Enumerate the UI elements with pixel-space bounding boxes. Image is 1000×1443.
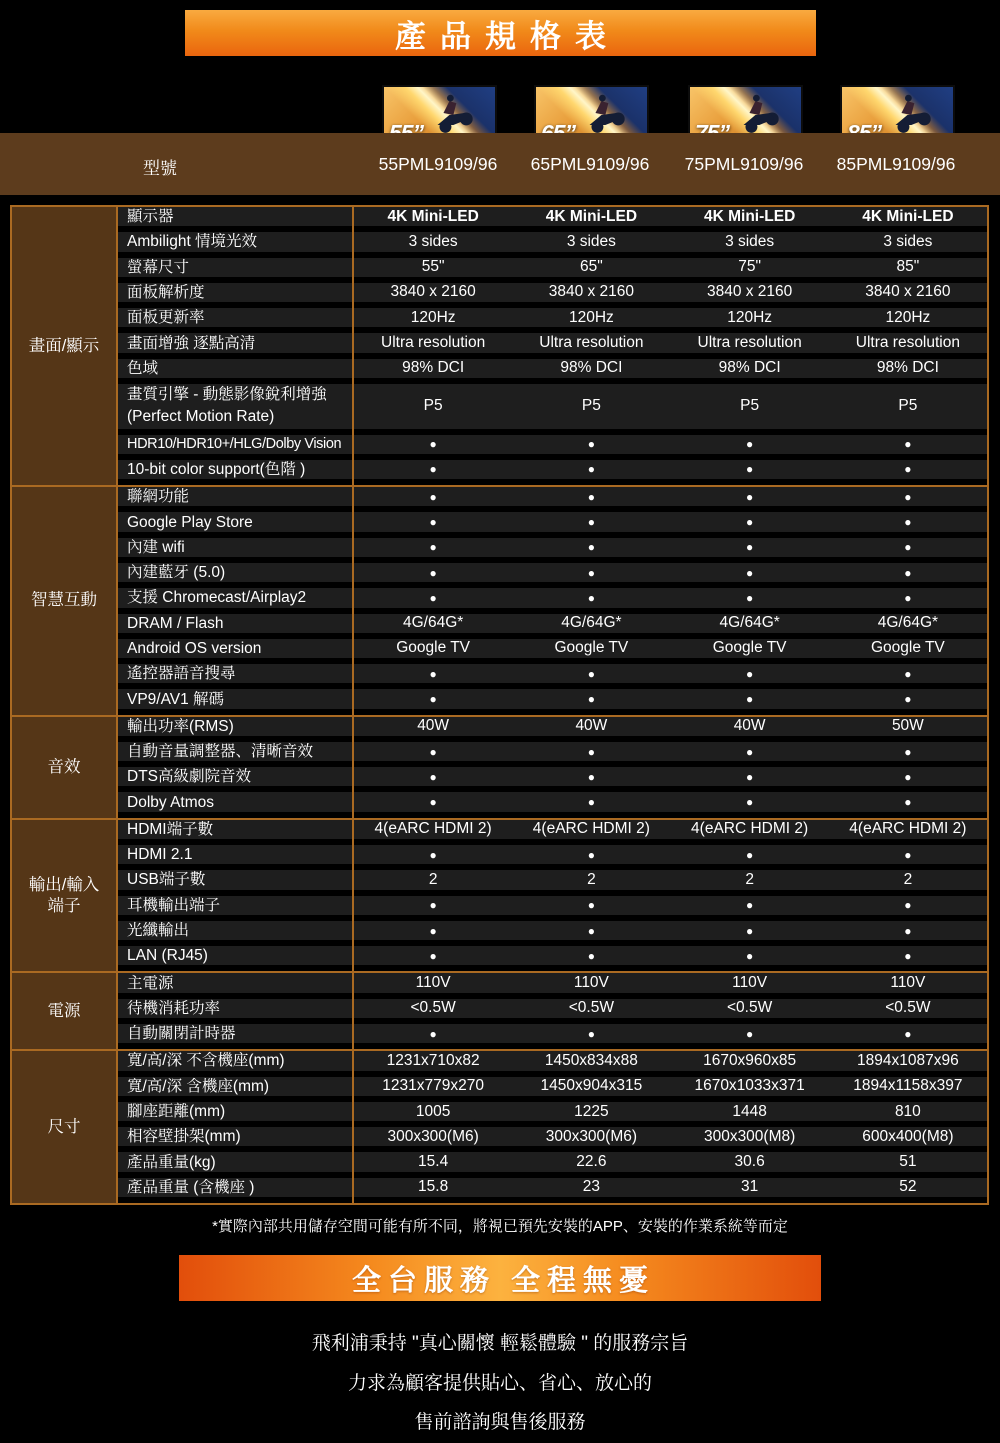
service-banner: 全台服務 全程無憂 xyxy=(179,1255,821,1301)
spec-value: 40W xyxy=(354,717,512,742)
spec-value: 40W xyxy=(512,717,670,742)
spec-value: 40W xyxy=(671,717,829,742)
spec-label: 相容壁掛架(mm) xyxy=(118,1127,354,1152)
spec-row: Android OS versionGoogle TVGoogle TVGoog… xyxy=(118,639,987,664)
spec-label: 寬/高/深 不含機座(mm) xyxy=(118,1051,354,1076)
spec-value: 4K Mini-LED xyxy=(512,207,670,232)
spec-value: 50W xyxy=(829,717,987,742)
spec-row: DRAM / Flash4G/64G*4G/64G*4G/64G*4G/64G* xyxy=(118,614,987,639)
spec-value: 98% DCI xyxy=(354,359,512,384)
feature-dot: ● xyxy=(671,588,829,613)
spec-value: 300x300(M6) xyxy=(512,1127,670,1152)
title-banner: 產品規格表 xyxy=(185,10,816,56)
feature-dot: ● xyxy=(671,435,829,460)
spec-value: 3 sides xyxy=(354,232,512,257)
feature-dot: ● xyxy=(829,1024,987,1049)
spec-row: HDMI 2.1●●●● xyxy=(118,845,987,870)
spec-label: 自動音量調整器、清晰音效 xyxy=(118,742,354,767)
feature-dot: ● xyxy=(512,664,670,689)
spec-row: 光纖輸出●●●● xyxy=(118,921,987,946)
service-banner-text: 全台服務 全程無憂 xyxy=(345,1258,655,1299)
feature-dot: ● xyxy=(354,921,512,946)
spec-section-3: 輸出/輸入端子HDMI端子數4(eARC HDMI 2)4(eARC HDMI … xyxy=(12,818,987,972)
feature-dot: ● xyxy=(512,538,670,563)
spec-row: 畫面增強 逐點高清Ultra resolutionUltra resolutio… xyxy=(118,333,987,358)
spec-value: P5 xyxy=(671,384,829,435)
spec-value: Ultra resolution xyxy=(512,333,670,358)
feature-dot: ● xyxy=(829,792,987,817)
spec-label: 輸出功率(RMS) xyxy=(118,717,354,742)
spec-value: 3840 x 2160 xyxy=(354,283,512,308)
spec-row: 自動音量調整器、清晰音效●●●● xyxy=(118,742,987,767)
spec-label: 主電源 xyxy=(118,973,354,998)
spec-value: Ultra resolution xyxy=(354,333,512,358)
feature-dot: ● xyxy=(354,512,512,537)
spec-value: 2 xyxy=(671,870,829,895)
spec-label: 支援 Chromecast/Airplay2 xyxy=(118,588,354,613)
feature-dot: ● xyxy=(354,538,512,563)
spec-table: 畫面/顯示顯示器4K Mini-LED4K Mini-LED4K Mini-LE… xyxy=(10,205,989,1205)
category-label: 智慧互動 xyxy=(31,590,97,611)
category-label: 輸出/輸入 xyxy=(29,875,100,896)
spec-value: 120Hz xyxy=(354,308,512,333)
feature-dot: ● xyxy=(512,896,670,921)
spec-row: 內建 wifi●●●● xyxy=(118,538,987,563)
spec-value: 3840 x 2160 xyxy=(829,283,987,308)
spec-label: 聯網功能 xyxy=(118,487,354,512)
spec-label: 色域 xyxy=(118,359,354,384)
feature-dot: ● xyxy=(671,921,829,946)
model-number-65: 65PML9109/96 xyxy=(510,154,670,175)
feature-dot: ● xyxy=(354,487,512,512)
feature-dot: ● xyxy=(354,792,512,817)
feature-dot: ● xyxy=(354,588,512,613)
feature-dot: ● xyxy=(512,742,670,767)
feature-dot: ● xyxy=(671,767,829,792)
feature-dot: ● xyxy=(829,767,987,792)
spec-row: Google Play Store●●●● xyxy=(118,512,987,537)
spec-label: 面板解析度 xyxy=(118,283,354,308)
spec-value: 15.4 xyxy=(354,1152,512,1177)
model-row-band: 型號 55PML9109/96 65PML9109/96 75PML9109/9… xyxy=(0,133,1000,195)
spec-label: 螢幕尺寸 xyxy=(118,258,354,283)
feature-dot: ● xyxy=(512,946,670,971)
spec-row: HDR10/HDR10+/HLG/Dolby Vision●●●● xyxy=(118,435,987,460)
spec-value: 110V xyxy=(671,973,829,998)
service-line-3: 售前諮詢與售後服務 xyxy=(0,1407,1000,1434)
spec-value: 30.6 xyxy=(671,1152,829,1177)
spec-value: 3 sides xyxy=(829,232,987,257)
spec-section-5: 尺寸寬/高/深 不含機座(mm)1231x710x821450x834x8816… xyxy=(12,1049,987,1203)
spec-label: 待機消耗功率 xyxy=(118,999,354,1024)
spec-section-1: 智慧互動聯網功能●●●●Google Play Store●●●●內建 wifi… xyxy=(12,485,987,715)
feature-dot: ● xyxy=(512,588,670,613)
category-cell: 智慧互動 xyxy=(12,487,118,715)
spec-value: 120Hz xyxy=(671,308,829,333)
spec-row: 相容壁掛架(mm)300x300(M6)300x300(M6)300x300(M… xyxy=(118,1127,987,1152)
spec-row: 畫質引擎 - 動態影像銳利增強(Perfect Motion Rate)P5P5… xyxy=(118,384,987,435)
feature-dot: ● xyxy=(512,845,670,870)
spec-row: Dolby Atmos●●●● xyxy=(118,792,987,817)
spec-value: 110V xyxy=(829,973,987,998)
page-title: 產品規格表 xyxy=(381,11,620,56)
spec-label: 產品重量 (含機座 ) xyxy=(118,1178,354,1203)
spec-row: 自動關閉計時器●●●● xyxy=(118,1024,987,1049)
spec-value: 85" xyxy=(829,258,987,283)
feature-dot: ● xyxy=(829,512,987,537)
feature-dot: ● xyxy=(829,896,987,921)
feature-dot: ● xyxy=(829,664,987,689)
feature-dot: ● xyxy=(829,435,987,460)
spec-value: 2 xyxy=(829,870,987,895)
spec-value: 4K Mini-LED xyxy=(354,207,512,232)
category-label: 電源 xyxy=(48,1001,81,1022)
feature-dot: ● xyxy=(829,946,987,971)
spec-value: 1005 xyxy=(354,1102,512,1127)
category-cell: 音效 xyxy=(12,717,118,818)
spec-value: <0.5W xyxy=(671,999,829,1024)
feature-dot: ● xyxy=(512,792,670,817)
feature-dot: ● xyxy=(354,1024,512,1049)
spec-row: 顯示器4K Mini-LED4K Mini-LED4K Mini-LED4K M… xyxy=(118,207,987,232)
spec-label: 10-bit color support(色階 ) xyxy=(118,460,354,485)
spec-value: 31 xyxy=(671,1178,829,1203)
spec-row: USB端子數2222 xyxy=(118,870,987,895)
spec-value: 4(eARC HDMI 2) xyxy=(512,820,670,845)
feature-dot: ● xyxy=(829,460,987,485)
spec-value: 1670x1033x371 xyxy=(671,1077,829,1102)
spec-value: 4G/64G* xyxy=(512,614,670,639)
feature-dot: ● xyxy=(512,435,670,460)
spec-label: HDMI端子數 xyxy=(118,820,354,845)
spec-row: 支援 Chromecast/Airplay2●●●● xyxy=(118,588,987,613)
feature-dot: ● xyxy=(512,512,670,537)
spec-label: 內建 wifi xyxy=(118,538,354,563)
spec-value: Google TV xyxy=(829,639,987,664)
spec-value: 22.6 xyxy=(512,1152,670,1177)
spec-value: 2 xyxy=(512,870,670,895)
spec-row: 寬/高/深 不含機座(mm)1231x710x821450x834x881670… xyxy=(118,1051,987,1076)
feature-dot: ● xyxy=(512,460,670,485)
spec-value: 1894x1158x397 xyxy=(829,1077,987,1102)
spec-row: 螢幕尺寸55"65"75"85" xyxy=(118,258,987,283)
feature-dot: ● xyxy=(829,563,987,588)
spec-value: P5 xyxy=(829,384,987,435)
spec-row: DTS高級劇院音效●●●● xyxy=(118,767,987,792)
feature-dot: ● xyxy=(671,664,829,689)
spec-label: 畫面增強 逐點高清 xyxy=(118,333,354,358)
spec-label: Dolby Atmos xyxy=(118,792,354,817)
feature-dot: ● xyxy=(671,946,829,971)
spec-value: 55" xyxy=(354,258,512,283)
spec-section-2: 音效輸出功率(RMS)40W40W40W50W自動音量調整器、清晰音效●●●●D… xyxy=(12,715,987,818)
spec-value: 1450x834x88 xyxy=(512,1051,670,1076)
spec-label: HDMI 2.1 xyxy=(118,845,354,870)
spec-value: 1231x710x82 xyxy=(354,1051,512,1076)
spec-value: 52 xyxy=(829,1178,987,1203)
feature-dot: ● xyxy=(671,1024,829,1049)
spec-label: 遙控器語音搜尋 xyxy=(118,664,354,689)
spec-label: 光纖輸出 xyxy=(118,921,354,946)
spec-value: 810 xyxy=(829,1102,987,1127)
feature-dot: ● xyxy=(354,742,512,767)
feature-dot: ● xyxy=(829,742,987,767)
spec-value: 3 sides xyxy=(671,232,829,257)
spec-value: Google TV xyxy=(354,639,512,664)
spec-row: 腳座距離(mm)100512251448810 xyxy=(118,1102,987,1127)
spec-value: 2 xyxy=(354,870,512,895)
spec-value: 4G/64G* xyxy=(829,614,987,639)
spec-label: LAN (RJ45) xyxy=(118,946,354,971)
spec-row: 遙控器語音搜尋●●●● xyxy=(118,664,987,689)
spec-label: 畫質引擎 - 動態影像銳利增強(Perfect Motion Rate) xyxy=(118,384,354,435)
spec-value: 51 xyxy=(829,1152,987,1177)
feature-dot: ● xyxy=(354,767,512,792)
feature-dot: ● xyxy=(512,487,670,512)
spec-value: 300x300(M6) xyxy=(354,1127,512,1152)
model-number-75: 75PML9109/96 xyxy=(664,154,824,175)
spec-value: 4(eARC HDMI 2) xyxy=(671,820,829,845)
spec-value: <0.5W xyxy=(829,999,987,1024)
feature-dot: ● xyxy=(671,460,829,485)
spec-label: USB端子數 xyxy=(118,870,354,895)
spec-value: P5 xyxy=(512,384,670,435)
spec-value: 23 xyxy=(512,1178,670,1203)
spec-row: 色域98% DCI98% DCI98% DCI98% DCI xyxy=(118,359,987,384)
spec-value: 15.8 xyxy=(354,1178,512,1203)
spec-row: HDMI端子數4(eARC HDMI 2)4(eARC HDMI 2)4(eAR… xyxy=(118,820,987,845)
spec-value: 120Hz xyxy=(829,308,987,333)
spec-row: 產品重量(kg)15.422.630.651 xyxy=(118,1152,987,1177)
spec-value: 1670x960x85 xyxy=(671,1051,829,1076)
spec-value: P5 xyxy=(354,384,512,435)
spec-value: 4G/64G* xyxy=(671,614,829,639)
spec-label: DTS高級劇院音效 xyxy=(118,767,354,792)
model-number-55: 55PML9109/96 xyxy=(358,154,518,175)
feature-dot: ● xyxy=(829,487,987,512)
feature-dot: ● xyxy=(354,664,512,689)
spec-value: 75" xyxy=(671,258,829,283)
feature-dot: ● xyxy=(671,512,829,537)
spec-value: 4(eARC HDMI 2) xyxy=(829,820,987,845)
feature-dot: ● xyxy=(354,689,512,714)
model-number-85: 85PML9109/96 xyxy=(816,154,976,175)
spec-label: DRAM / Flash xyxy=(118,614,354,639)
service-line-2: 力求為顧客提供貼心、省心、放心的 xyxy=(0,1368,1000,1395)
feature-dot: ● xyxy=(829,588,987,613)
storage-footnote: *實際內部共用儲存空間可能有所不同，將視已預先安裝的APP、安裝的作業系統等而定 xyxy=(0,1215,1000,1236)
spec-section-0: 畫面/顯示顯示器4K Mini-LED4K Mini-LED4K Mini-LE… xyxy=(12,207,987,485)
spec-label: 面板更新率 xyxy=(118,308,354,333)
spec-value: 1448 xyxy=(671,1102,829,1127)
spec-label: 腳座距離(mm) xyxy=(118,1102,354,1127)
model-row-label: 型號 xyxy=(143,154,177,179)
feature-dot: ● xyxy=(512,563,670,588)
spec-row: 產品重量 (含機座 )15.8233152 xyxy=(118,1178,987,1203)
feature-dot: ● xyxy=(829,921,987,946)
spec-value: 1225 xyxy=(512,1102,670,1127)
feature-dot: ● xyxy=(354,845,512,870)
spec-value: Google TV xyxy=(671,639,829,664)
spec-value: 3840 x 2160 xyxy=(512,283,670,308)
spec-value: 3840 x 2160 xyxy=(671,283,829,308)
spec-value: 3 sides xyxy=(512,232,670,257)
category-cell: 尺寸 xyxy=(12,1051,118,1203)
spec-row: 聯網功能●●●● xyxy=(118,487,987,512)
feature-dot: ● xyxy=(512,767,670,792)
spec-value: 110V xyxy=(354,973,512,998)
spec-value: Google TV xyxy=(512,639,670,664)
spec-value: 98% DCI xyxy=(829,359,987,384)
spec-label: HDR10/HDR10+/HLG/Dolby Vision xyxy=(118,435,354,460)
spec-label: Android OS version xyxy=(118,639,354,664)
category-label: 端子 xyxy=(48,896,81,917)
feature-dot: ● xyxy=(512,1024,670,1049)
spec-row: VP9/AV1 解碼●●●● xyxy=(118,689,987,714)
spec-label: VP9/AV1 解碼 xyxy=(118,689,354,714)
spec-row: 面板更新率120Hz120Hz120Hz120Hz xyxy=(118,308,987,333)
spec-label: 顯示器 xyxy=(118,207,354,232)
spec-section-4: 電源主電源110V110V110V110V待機消耗功率<0.5W<0.5W<0.… xyxy=(12,971,987,1049)
spec-row: 輸出功率(RMS)40W40W40W50W xyxy=(118,717,987,742)
spec-label: 產品重量(kg) xyxy=(118,1152,354,1177)
feature-dot: ● xyxy=(354,946,512,971)
feature-dot: ● xyxy=(671,689,829,714)
spec-row: LAN (RJ45)●●●● xyxy=(118,946,987,971)
spec-row: 耳機輸出端子●●●● xyxy=(118,896,987,921)
spec-label: Ambilight 情境光效 xyxy=(118,232,354,257)
spec-value: 98% DCI xyxy=(512,359,670,384)
spec-sheet-page: 產品規格表 55” 65” xyxy=(0,0,1000,1443)
spec-value: 110V xyxy=(512,973,670,998)
spec-value: 4K Mini-LED xyxy=(671,207,829,232)
spec-row: 寬/高/深 含機座(mm)1231x779x2701450x904x315167… xyxy=(118,1077,987,1102)
service-line-1: 飛利浦秉持 "真心關懷 輕鬆體驗 " 的服務宗旨 xyxy=(0,1328,1000,1355)
spec-row: 10-bit color support(色階 )●●●● xyxy=(118,460,987,485)
feature-dot: ● xyxy=(829,689,987,714)
spec-value: 4G/64G* xyxy=(354,614,512,639)
spec-label: 耳機輸出端子 xyxy=(118,896,354,921)
feature-dot: ● xyxy=(671,538,829,563)
feature-dot: ● xyxy=(671,896,829,921)
category-label: 音效 xyxy=(48,757,81,778)
feature-dot: ● xyxy=(671,487,829,512)
feature-dot: ● xyxy=(354,896,512,921)
spec-value: 300x300(M8) xyxy=(671,1127,829,1152)
spec-value: 65" xyxy=(512,258,670,283)
feature-dot: ● xyxy=(671,845,829,870)
feature-dot: ● xyxy=(354,563,512,588)
spec-label: 自動關閉計時器 xyxy=(118,1024,354,1049)
feature-dot: ● xyxy=(829,845,987,870)
category-label: 畫面/顯示 xyxy=(29,336,100,357)
spec-value: <0.5W xyxy=(354,999,512,1024)
spec-value: 1894x1087x96 xyxy=(829,1051,987,1076)
spec-value: 98% DCI xyxy=(671,359,829,384)
category-cell: 輸出/輸入端子 xyxy=(12,820,118,972)
spec-row: 面板解析度3840 x 21603840 x 21603840 x 216038… xyxy=(118,283,987,308)
category-cell: 電源 xyxy=(12,973,118,1049)
spec-label: Google Play Store xyxy=(118,512,354,537)
feature-dot: ● xyxy=(354,435,512,460)
spec-row: 待機消耗功率<0.5W<0.5W<0.5W<0.5W xyxy=(118,999,987,1024)
spec-value: 120Hz xyxy=(512,308,670,333)
category-cell: 畫面/顯示 xyxy=(12,207,118,485)
feature-dot: ● xyxy=(512,921,670,946)
feature-dot: ● xyxy=(512,689,670,714)
spec-value: Ultra resolution xyxy=(829,333,987,358)
spec-row: 主電源110V110V110V110V xyxy=(118,973,987,998)
spec-row: Ambilight 情境光效3 sides3 sides3 sides3 sid… xyxy=(118,232,987,257)
spec-row: 內建藍牙 (5.0)●●●● xyxy=(118,563,987,588)
feature-dot: ● xyxy=(671,792,829,817)
spec-label: 內建藍牙 (5.0) xyxy=(118,563,354,588)
category-label: 尺寸 xyxy=(48,1117,81,1138)
feature-dot: ● xyxy=(671,563,829,588)
spec-value: 1450x904x315 xyxy=(512,1077,670,1102)
feature-dot: ● xyxy=(671,742,829,767)
spec-label: 寬/高/深 含機座(mm) xyxy=(118,1077,354,1102)
spec-value: <0.5W xyxy=(512,999,670,1024)
feature-dot: ● xyxy=(829,538,987,563)
spec-value: 600x400(M8) xyxy=(829,1127,987,1152)
spec-value: 4K Mini-LED xyxy=(829,207,987,232)
spec-value: Ultra resolution xyxy=(671,333,829,358)
spec-value: 1231x779x270 xyxy=(354,1077,512,1102)
feature-dot: ● xyxy=(354,460,512,485)
spec-value: 4(eARC HDMI 2) xyxy=(354,820,512,845)
